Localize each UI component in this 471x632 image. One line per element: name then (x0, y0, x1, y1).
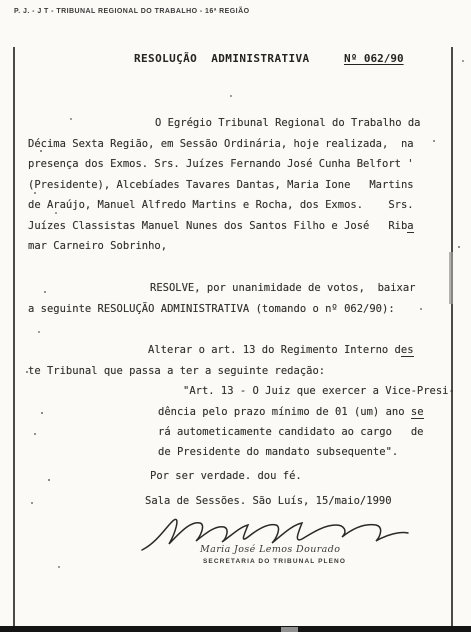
doc-line: Alterar o art. 13 do Regimento Interno d… (148, 344, 414, 356)
scanned-document-page: P. J. - J T - TRIBUNAL REGIONAL DO TRABA… (0, 0, 471, 632)
page-title: RESOLUÇÃO ADMINISTRATIVA (134, 52, 310, 65)
doc-line: Por ser verdade. dou fé. (150, 470, 302, 482)
signature-role-caption: SECRETARIA DO TRIBUNAL PLENO (203, 558, 346, 565)
right-margin-rule (451, 47, 453, 627)
doc-line: dência pelo prazo mínimo de 01 (um) ano … (158, 406, 424, 418)
doc-line: "Art. 13 - O Juiz que exercer a Vice-Pre… (183, 385, 455, 397)
doc-line: Sala de Sessões. São Luís, 15/maio/1990 (145, 495, 392, 507)
doc-line: presença dos Exmos. Srs. Juízes Fernando… (28, 158, 414, 170)
doc-number: Nº 062/90 (344, 52, 404, 65)
doc-line: rá autometicamente candidato ao cargo de (158, 426, 424, 438)
signature-printed-name: Maria José Lemos Dourado (200, 544, 340, 555)
doc-line: a seguinte RESOLUÇÃO ADMINISTRATIVA (tom… (28, 303, 395, 315)
letterhead: P. J. - J T - TRIBUNAL REGIONAL DO TRABA… (14, 8, 249, 15)
bottom-scan-bar (0, 626, 471, 632)
left-margin-rule (13, 47, 15, 627)
doc-line: Juízes Classistas Manuel Nunes dos Santo… (28, 220, 414, 232)
scan-noise (0, 0, 2, 2)
doc-line: O Egrégio Tribunal Regional do Trabalho … (155, 117, 421, 129)
bottom-scan-bar-notch (281, 627, 298, 632)
doc-line: mar Carneiro Sobrinho, (28, 240, 167, 252)
doc-line: te Tribunal que passa a ter a seguinte r… (28, 365, 325, 377)
doc-line: de Araújo, Manuel Alfredo Martins e Roch… (28, 199, 414, 211)
doc-line: (Presidente), Alcebíades Tavares Dantas,… (28, 179, 414, 191)
doc-line: RESOLVE, por unanimidade de votos, baixa… (150, 282, 416, 294)
doc-line: de Presidente do mandato subsequente". (158, 446, 398, 458)
doc-line: Décima Sexta Região, em Sessão Ordinária… (28, 138, 414, 150)
right-rule-shade (449, 252, 453, 304)
